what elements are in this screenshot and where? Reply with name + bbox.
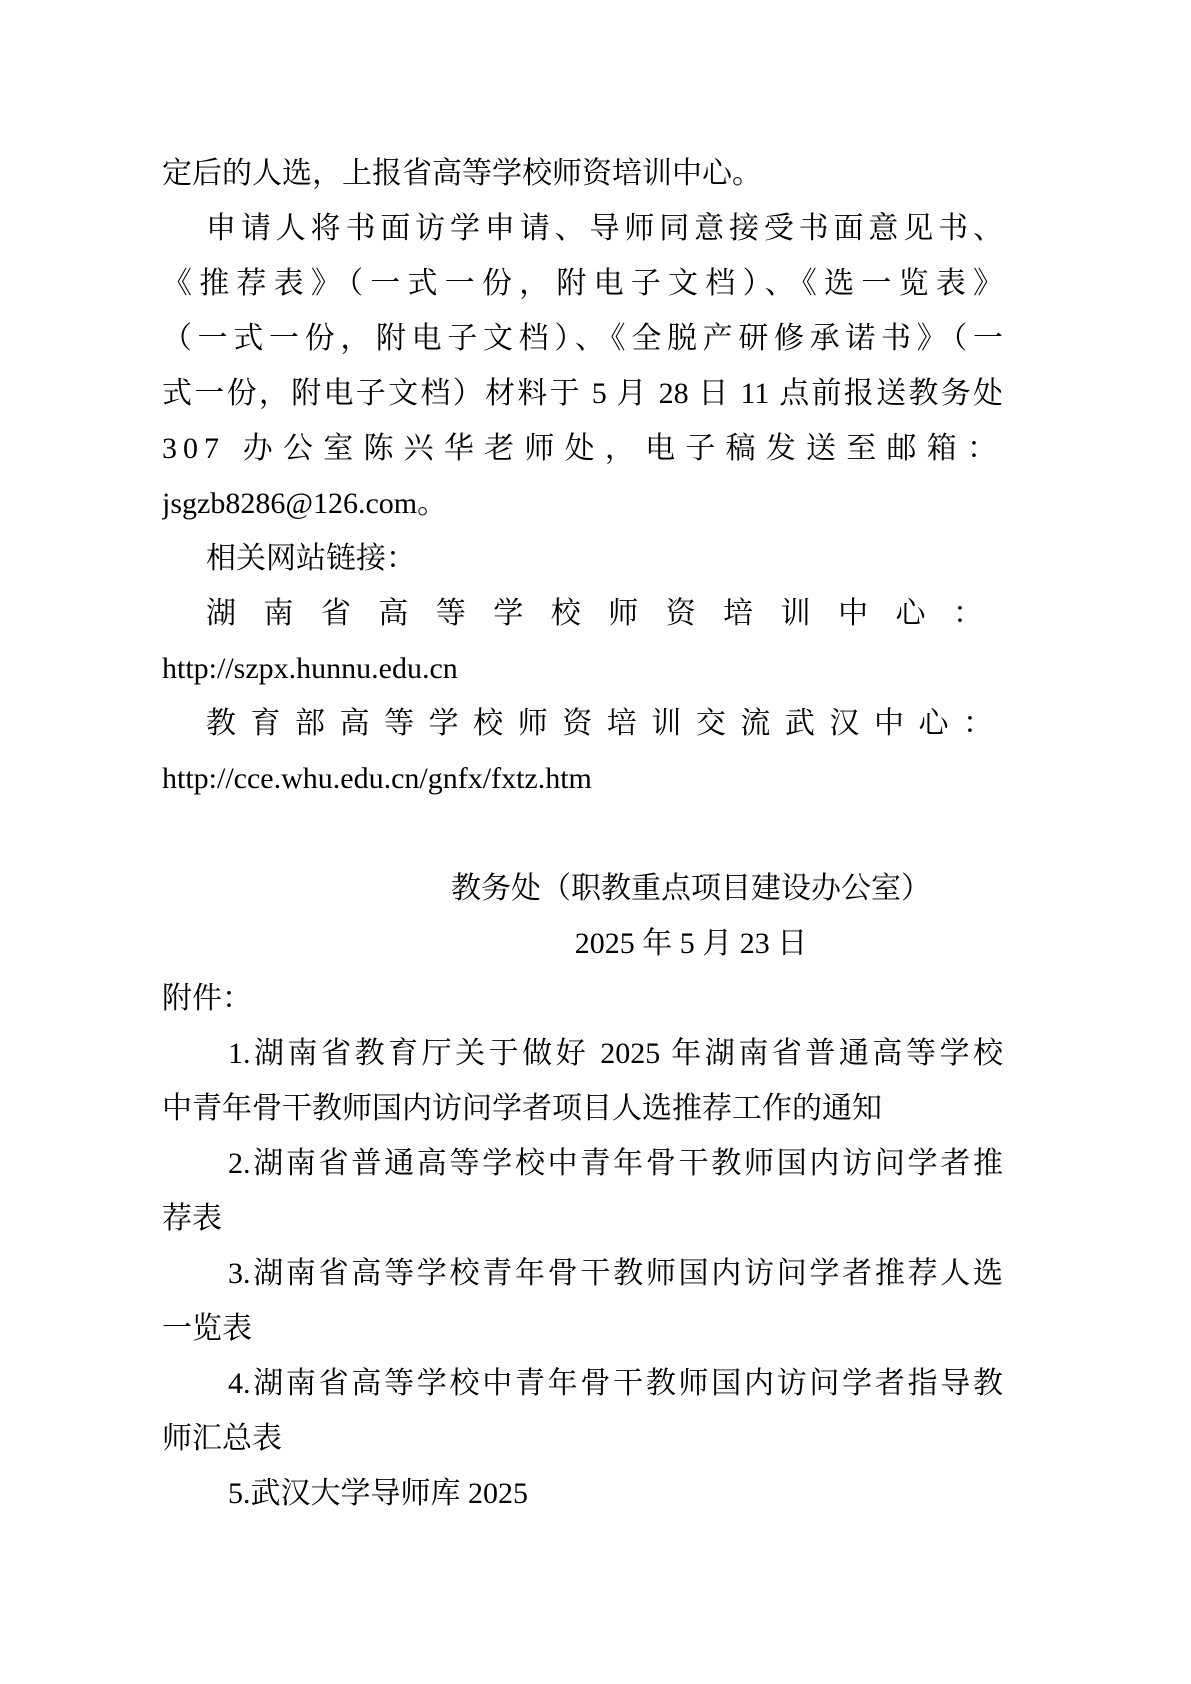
- attachment-item-line: 5.武汉大学导师库 2025: [162, 1466, 1003, 1521]
- document-body: 定后的人选，上报省高等学校师资培训中心。 申请人将书面访学申请、导师同意接受书面…: [162, 146, 1003, 1521]
- document-page: 定后的人选，上报省高等学校师资培训中心。 申请人将书面访学申请、导师同意接受书面…: [0, 0, 1191, 1684]
- link-label: 教育部高等学校师资培训交流武汉中心：: [162, 696, 1003, 751]
- body-line: 《推荐表》（一式一份，附电子文档）、《选一览表》: [162, 256, 1003, 311]
- link-url: http://szpx.hunnu.edu.cn: [162, 641, 1003, 696]
- attachment-item-line: 中青年骨干教师国内访问学者项目人选推荐工作的通知: [162, 1081, 1003, 1136]
- body-line: 申请人将书面访学申请、导师同意接受书面意见书、: [162, 201, 1003, 256]
- link-url: http://cce.whu.edu.cn/gnfx/fxtz.htm: [162, 751, 1003, 806]
- contact-email: jsgzb8286@126.com。: [162, 476, 1003, 531]
- attachments-heading: 附件：: [162, 971, 1003, 1026]
- blank-line: [162, 806, 1003, 861]
- attachment-item-line: 3.湖南省高等学校青年骨干教师国内访问学者推荐人选: [162, 1246, 1003, 1301]
- signature-date: 2025 年 5 月 23 日: [451, 916, 931, 971]
- attachment-item-line: 荐表: [162, 1191, 1003, 1246]
- body-line: 307 办公室陈兴华老师处，电子稿发送至邮箱：: [162, 421, 1003, 476]
- attachment-item-line: 一览表: [162, 1301, 1003, 1356]
- signature-department: 教务处（职教重点项目建设办公室）: [451, 861, 931, 916]
- signature-block: 教务处（职教重点项目建设办公室） 2025 年 5 月 23 日: [451, 861, 931, 971]
- attachment-item-line: 2.湖南省普通高等学校中青年骨干教师国内访问学者推: [162, 1136, 1003, 1191]
- body-line: （一式一份，附电子文档）、《全脱产研修承诺书》（一: [162, 311, 1003, 366]
- links-heading: 相关网站链接：: [162, 531, 1003, 586]
- body-line: 式一份，附电子文档）材料于 5 月 28 日 11 点前报送教务处: [162, 366, 1003, 421]
- body-line: 定后的人选，上报省高等学校师资培训中心。: [162, 146, 1003, 201]
- attachment-item-line: 4.湖南省高等学校中青年骨干教师国内访问学者指导教: [162, 1356, 1003, 1411]
- attachment-item-line: 师汇总表: [162, 1411, 1003, 1466]
- link-label: 湖南省高等学校师资培训中心：: [162, 586, 1003, 641]
- attachment-item-line: 1.湖南省教育厅关于做好 2025 年湖南省普通高等学校: [162, 1026, 1003, 1081]
